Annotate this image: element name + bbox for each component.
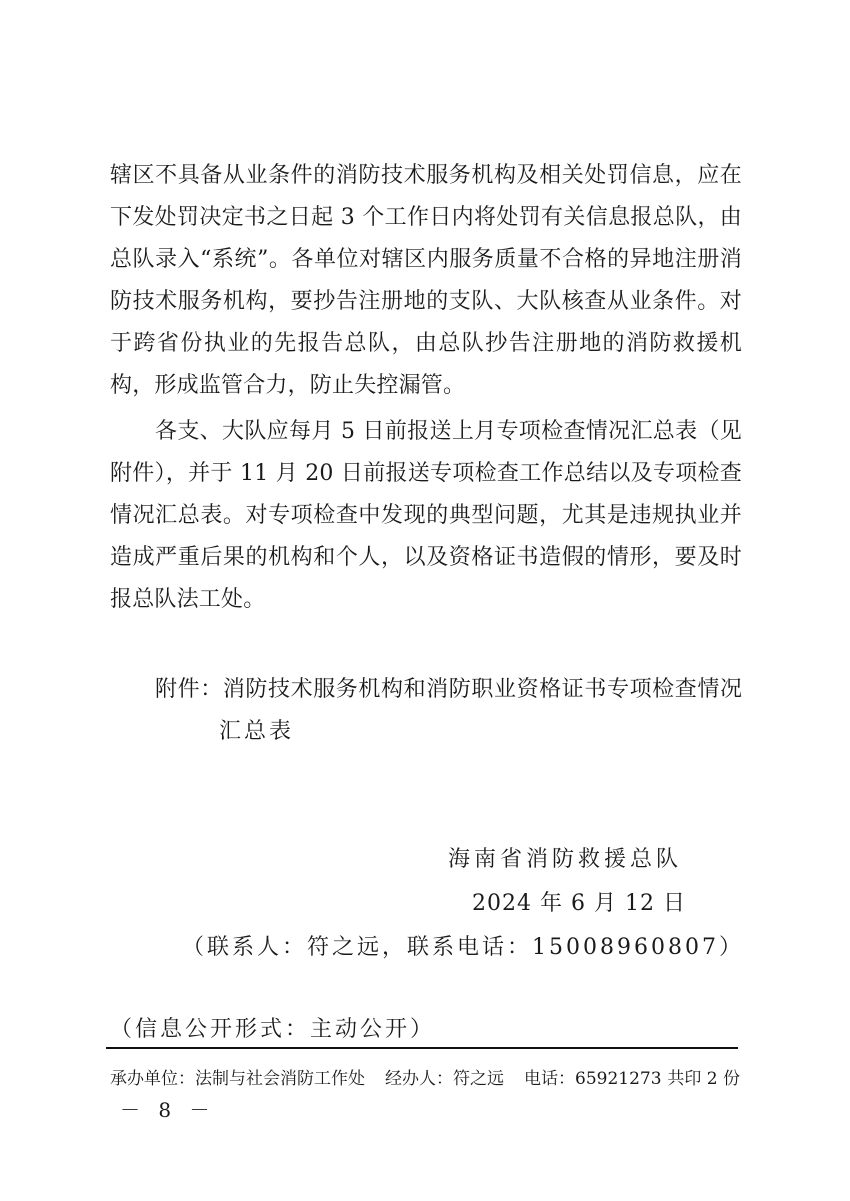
attachment-line: 附件：消防技术服务机构和消防职业资格证书专项检查情况 xyxy=(155,676,742,704)
disclosure-form: （信息公开形式：主动公开） xyxy=(110,1016,435,1044)
handler-label: 经办人： xyxy=(385,1068,453,1090)
phone-value: 65921273 xyxy=(575,1068,662,1090)
attachment-title: 消防技术服务机构和消防职业资格证书专项检查情况 xyxy=(223,677,742,702)
body-line: 防技术服务机构，要抄告注册地的支队、大队核查从业条件。对 xyxy=(110,288,742,316)
attachment-label: 附件： xyxy=(155,677,223,702)
contact-info: （联系人：符之远，联系电话：15008960807） xyxy=(182,934,744,962)
unit-value: 法制与社会消防工作处 xyxy=(195,1068,365,1090)
body-line: 下发处罚决定书之日起 3 个工作日内将处罚有关信息报总队，由 xyxy=(110,204,742,232)
body-line: 附件），并于 11 月 20 日前报送专项检查工作总结以及专项检查 xyxy=(110,460,742,488)
body-line: 情况汇总表。对专项检查中发现的典型问题，尤其是违规执业并 xyxy=(110,502,742,530)
document-footer: 承办单位： 法制与社会消防工作处 经办人： 符之远 电话： 65921273 共… xyxy=(110,1068,740,1090)
phone-label: 电话： xyxy=(524,1068,575,1090)
issue-date: 2024 年 6 月 12 日 xyxy=(472,890,686,918)
body-line: 构，形成监管合力，防止失控漏管。 xyxy=(110,372,742,400)
body-line: 辖区不具备从业条件的消防技术服务机构及相关处罚信息，应在 xyxy=(110,162,742,190)
footer-divider xyxy=(106,1047,738,1049)
body-line: 报总队法工处。 xyxy=(110,586,742,614)
body-line: 于跨省份执业的先报告总队，由总队抄告注册地的消防救援机 xyxy=(110,330,742,358)
body-line: 造成严重后果的机构和个人，以及资格证书造假的情形，要及时 xyxy=(110,544,742,572)
body-line: 各支、大队应每月 5 日前报送上月专项检查情况汇总表（见 xyxy=(155,418,742,446)
copies-count: 共印 2 份 xyxy=(667,1068,740,1090)
document-page: 辖区不具备从业条件的消防技术服务机构及相关处罚信息，应在 下发处罚决定书之日起 … xyxy=(0,0,850,1201)
attachment-title-continued: 汇总表 xyxy=(219,718,294,746)
page-number: － 8 － xyxy=(120,1098,215,1122)
body-line: 总队录入“系统”。各单位对辖区内服务质量不合格的异地注册消 xyxy=(110,246,742,274)
unit-label: 承办单位： xyxy=(110,1068,195,1090)
handler-value: 符之远 xyxy=(453,1068,504,1090)
signing-organization: 海南省消防救援总队 xyxy=(448,846,682,874)
